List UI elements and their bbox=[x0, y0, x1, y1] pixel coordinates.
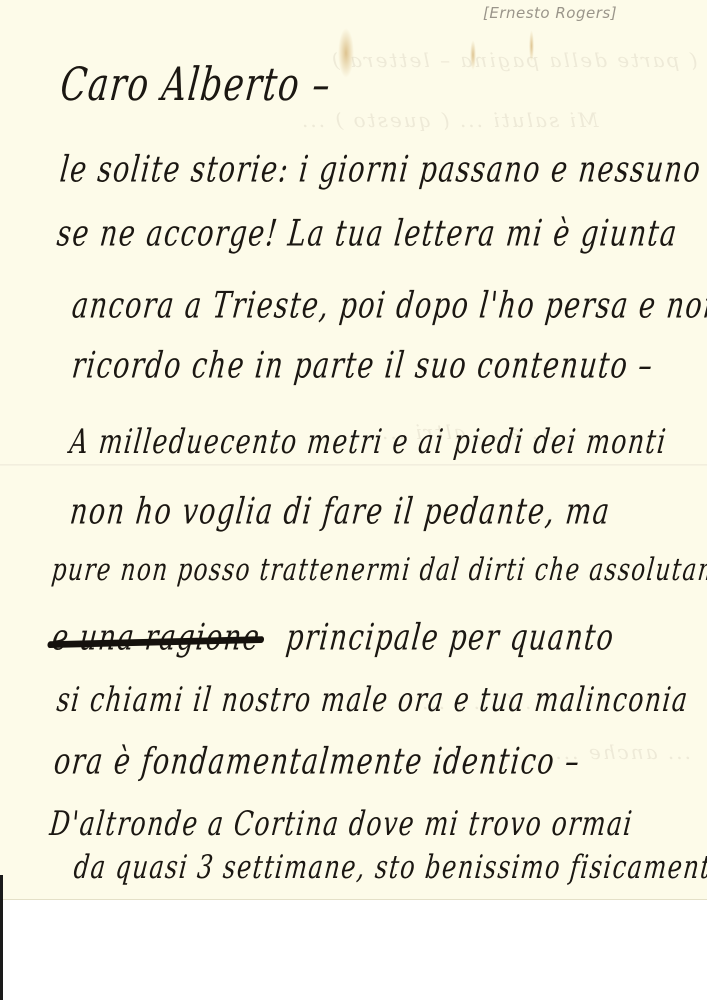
letter-line-text: principale per quanto bbox=[284, 617, 616, 659]
letter-line: ora è fondamentalmente identico – bbox=[52, 741, 582, 783]
letter-line: da quasi 3 settimane, sto benissimo fisi… bbox=[72, 848, 707, 886]
struck-through-text: e una ragione bbox=[50, 617, 262, 659]
letter-line: A milleduecento metri e ai piedi dei mon… bbox=[68, 422, 669, 461]
letter-salutation: Caro Alberto – bbox=[58, 58, 334, 112]
show-through-text: Mi saluti ... ( questo ) ... bbox=[300, 108, 599, 132]
scan-border-edge bbox=[0, 875, 3, 1000]
letter-line: non ho voglia di fare il pedante, ma bbox=[68, 491, 613, 533]
letter-line: le solite storie: i giorni passano e nes… bbox=[58, 149, 704, 191]
letter-line: e una ragione principale per quanto bbox=[50, 617, 617, 659]
letter-line: se ne accorge! La tua lettera mi è giunt… bbox=[55, 213, 680, 255]
letter-page: ( parte della pagina – lettera ) Mi salu… bbox=[0, 0, 707, 899]
letter-line: pure non posso trattenermi dal dirti che… bbox=[50, 553, 707, 588]
letter-line: ancora a Trieste, poi dopo l'ho persa e … bbox=[70, 285, 707, 327]
letter-line: si chiami il nostro male ora e tua malin… bbox=[55, 680, 691, 719]
letter-line: D'altronde a Cortina dove mi trovo ormai bbox=[48, 804, 635, 843]
show-through-text: ( parte della pagina – lettera ) bbox=[330, 48, 698, 72]
archival-annotation: [Ernesto Rogers] bbox=[483, 4, 617, 22]
letter-line: ricordo che in parte il suo contenuto – bbox=[70, 345, 656, 387]
paper-fold-line bbox=[0, 464, 707, 466]
